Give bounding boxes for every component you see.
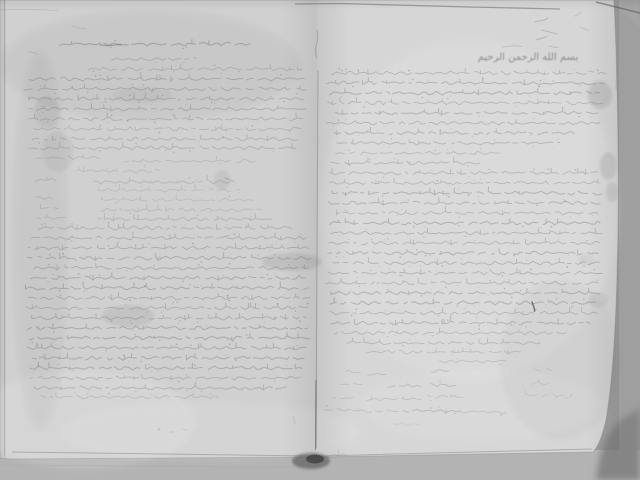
book-scan-canvas (0, 0, 640, 480)
manuscript-photo: بسم الله الرحمن الرحيم (0, 0, 640, 480)
